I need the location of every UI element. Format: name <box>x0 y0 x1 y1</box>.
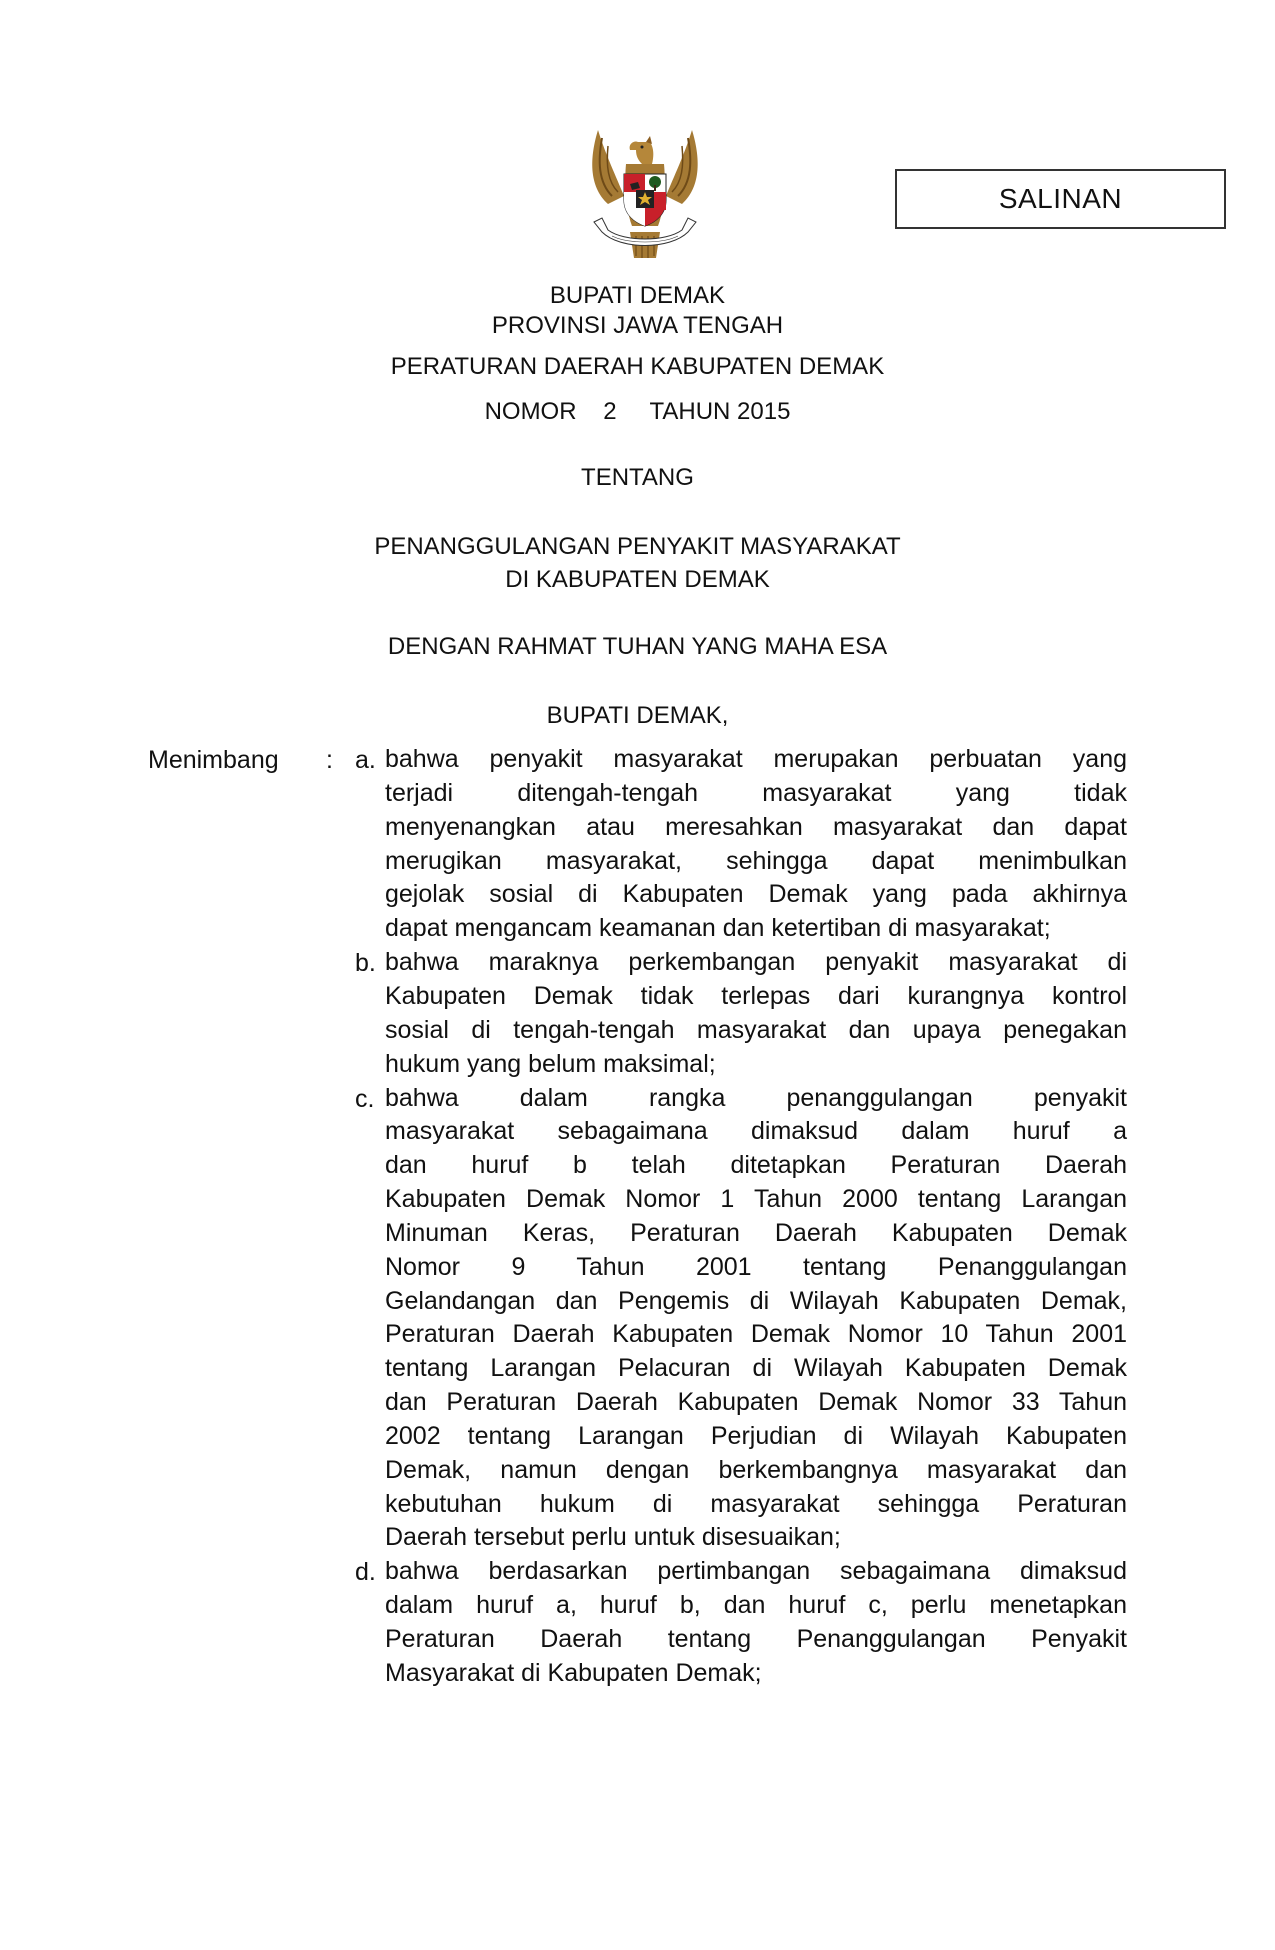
considering-item-text: bahwa berdasarkan pertimbangan sebagaima… <box>385 1555 1127 1690</box>
text-line: dapat mengancam keamanan dan ketertiban … <box>385 912 1127 946</box>
preamble: DENGAN RAHMAT TUHAN YANG MAHA ESA <box>0 632 1275 662</box>
text-line: Kabupaten Demak Nomor 1 Tahun 2000 tenta… <box>385 1183 1127 1217</box>
text-line: masyarakat sebagaimana dimaksud dalam hu… <box>385 1115 1127 1149</box>
office-title: BUPATI DEMAK <box>0 281 1275 311</box>
garuda-emblem-icon <box>580 126 710 266</box>
text-line: dan Peraturan Daerah Kabupaten Demak Nom… <box>385 1386 1127 1420</box>
considering-item-text: bahwa penyakit masyarakat merupakan perb… <box>385 743 1127 946</box>
item-letter: b. <box>355 946 376 980</box>
text-line: gejolak sosial di Kabupaten Demak yang p… <box>385 878 1127 912</box>
document-page: SALINAN BUPATI DEMAK PROVINSI JAWA TENGA… <box>0 0 1275 1950</box>
text-line: bahwa maraknya perkembangan penyakit mas… <box>385 946 1127 980</box>
text-line: Minuman Keras, Peraturan Daerah Kabupate… <box>385 1217 1127 1251</box>
considering-item-text: bahwa maraknya perkembangan penyakit mas… <box>385 946 1127 1081</box>
text-line: Nomor 9 Tahun 2001 tentang Penanggulanga… <box>385 1251 1127 1285</box>
text-line: dan huruf b telah ditetapkan Peraturan D… <box>385 1149 1127 1183</box>
text-line: menyenangkan atau meresahkan masyarakat … <box>385 811 1127 845</box>
regulation-number: NOMOR 2 TAHUN 2015 <box>0 397 1275 427</box>
text-line: kebutuhan hukum di masyarakat sehingga P… <box>385 1488 1127 1522</box>
item-letter: a. <box>355 743 376 777</box>
text-line: bahwa dalam rangka penanggulangan penyak… <box>385 1082 1127 1116</box>
regulation-title-line-1: PENANGGULANGAN PENYAKIT MASYARAKAT <box>0 532 1275 562</box>
considering-item-text: bahwa dalam rangka penanggulangan penyak… <box>385 1082 1127 1556</box>
text-line: bahwa berdasarkan pertimbangan sebagaima… <box>385 1555 1127 1589</box>
text-line: sosial di tengah-tengah masyarakat dan u… <box>385 1014 1127 1048</box>
text-line: merugikan masyarakat, sehingga dapat men… <box>385 845 1127 879</box>
signatory-heading: BUPATI DEMAK, <box>0 701 1275 731</box>
text-line: Daerah tersebut perlu untuk disesuaikan; <box>385 1521 1127 1555</box>
text-line: 2002 tentang Larangan Perjudian di Wilay… <box>385 1420 1127 1454</box>
copy-stamp: SALINAN <box>895 169 1226 229</box>
regulation-title-line-2: DI KABUPATEN DEMAK <box>0 565 1275 595</box>
text-line: Peraturan Daerah Kabupaten Demak Nomor 1… <box>385 1318 1127 1352</box>
text-line: Gelandangan dan Pengemis di Wilayah Kabu… <box>385 1285 1127 1319</box>
about-heading: TENTANG <box>0 463 1275 493</box>
item-letter: c. <box>355 1082 374 1116</box>
province-title: PROVINSI JAWA TENGAH <box>0 311 1275 341</box>
text-line: tentang Larangan Pelacuran di Wilayah Ka… <box>385 1352 1127 1386</box>
text-line: terjadi ditengah-tengah masyarakat yang … <box>385 777 1127 811</box>
stamp-label: SALINAN <box>999 183 1122 215</box>
text-line: dalam huruf a, huruf b, dan huruf c, per… <box>385 1589 1127 1623</box>
considering-colon: : <box>326 743 333 777</box>
text-line: Peraturan Daerah tentang Penanggulangan … <box>385 1623 1127 1657</box>
text-line: bahwa penyakit masyarakat merupakan perb… <box>385 743 1127 777</box>
text-line: hukum yang belum maksimal; <box>385 1048 1127 1082</box>
considering-label: Menimbang <box>148 743 279 777</box>
item-letter: d. <box>355 1555 376 1589</box>
text-line: Kabupaten Demak tidak terlepas dari kura… <box>385 980 1127 1014</box>
text-line: Demak, namun dengan berkembangnya masyar… <box>385 1454 1127 1488</box>
text-line: Masyarakat di Kabupaten Demak; <box>385 1657 1127 1691</box>
regulation-type: PERATURAN DAERAH KABUPATEN DEMAK <box>0 352 1275 382</box>
